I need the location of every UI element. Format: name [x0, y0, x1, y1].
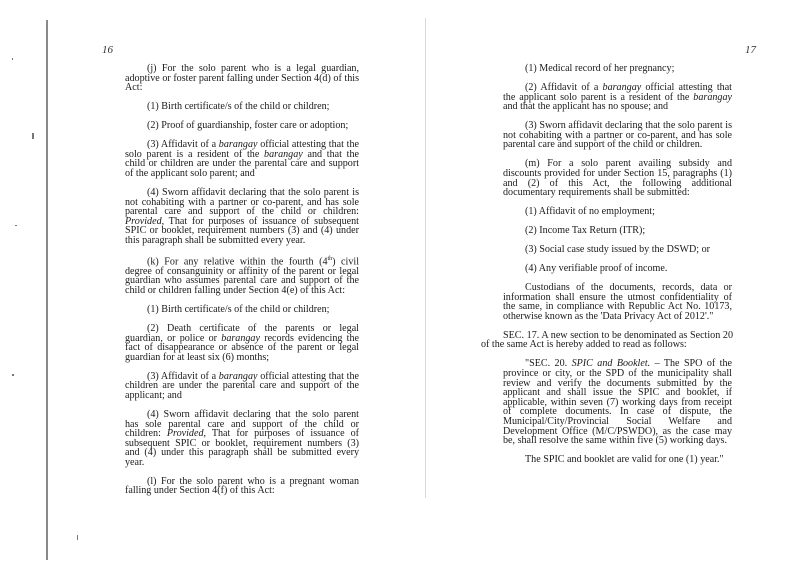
scan-speck — [12, 374, 14, 376]
validity-paragraph: The SPIC and booklet are valid for one (… — [503, 455, 732, 465]
clause-k-item-3: (3) Affidavit of a barangay official att… — [125, 372, 359, 401]
clause-m: (m) For a solo parent availing subsidy a… — [503, 159, 732, 197]
custodians-paragraph: Custodians of the documents, records, da… — [503, 283, 732, 321]
clause-m-item-4: (4) Any verifiable proof of income. — [503, 264, 732, 274]
left-page-body: (j) For the solo parent who is a legal g… — [125, 64, 359, 505]
scan-speck — [77, 535, 78, 540]
scan-speck — [15, 225, 17, 226]
page-gutter — [425, 18, 426, 498]
clause-j-item-2: (2) Proof of guardianship, foster care o… — [125, 121, 359, 131]
page-number-left: 16 — [102, 44, 113, 56]
clause-l-item-3: (3) Sworn affidavit declaring that the s… — [503, 121, 732, 150]
clause-j-item-3: (3) Affidavit of a barangay official att… — [125, 140, 359, 178]
scan-edge-line — [46, 20, 48, 560]
clause-k-item-2: (2) Death certificate of the parents or … — [125, 324, 359, 362]
clause-j-item-1: (1) Birth certificate/s of the child or … — [125, 102, 359, 112]
clause-m-item-2: (2) Income Tax Return (ITR); — [503, 226, 732, 236]
clause-j-item-4: (4) Sworn affidavit declaring that the s… — [125, 188, 359, 246]
document-spread: 16 (j) For the solo parent who is a lega… — [0, 0, 800, 566]
section-20: "SEC. 20. SPIC and Booklet. – The SPO of… — [503, 359, 732, 445]
clause-j: (j) For the solo parent who is a legal g… — [125, 64, 359, 93]
page-number-right: 17 — [745, 44, 756, 56]
scan-speck — [32, 133, 34, 139]
right-page-body: (1) Medical record of her pregnancy; (2)… — [503, 64, 732, 474]
clause-l-item-2: (2) Affidavit of a barangay official att… — [503, 83, 732, 112]
clause-l-item-1: (1) Medical record of her pregnancy; — [503, 64, 732, 74]
clause-k-item-1: (1) Birth certificate/s of the child or … — [125, 305, 359, 315]
clause-k-item-4: (4) Sworn affidavit declaring that the s… — [125, 410, 359, 468]
clause-m-item-1: (1) Affidavit of no employment; — [503, 207, 732, 217]
clause-k: (k) For any relative within the fourth (… — [125, 255, 359, 296]
clause-m-item-3: (3) Social case study issued by the DSWD… — [503, 245, 732, 255]
section-17: SEC. 17. A new section to be denominated… — [481, 331, 733, 350]
scan-speck — [12, 58, 13, 60]
clause-l: (l) For the solo parent who is a pregnan… — [125, 477, 359, 496]
